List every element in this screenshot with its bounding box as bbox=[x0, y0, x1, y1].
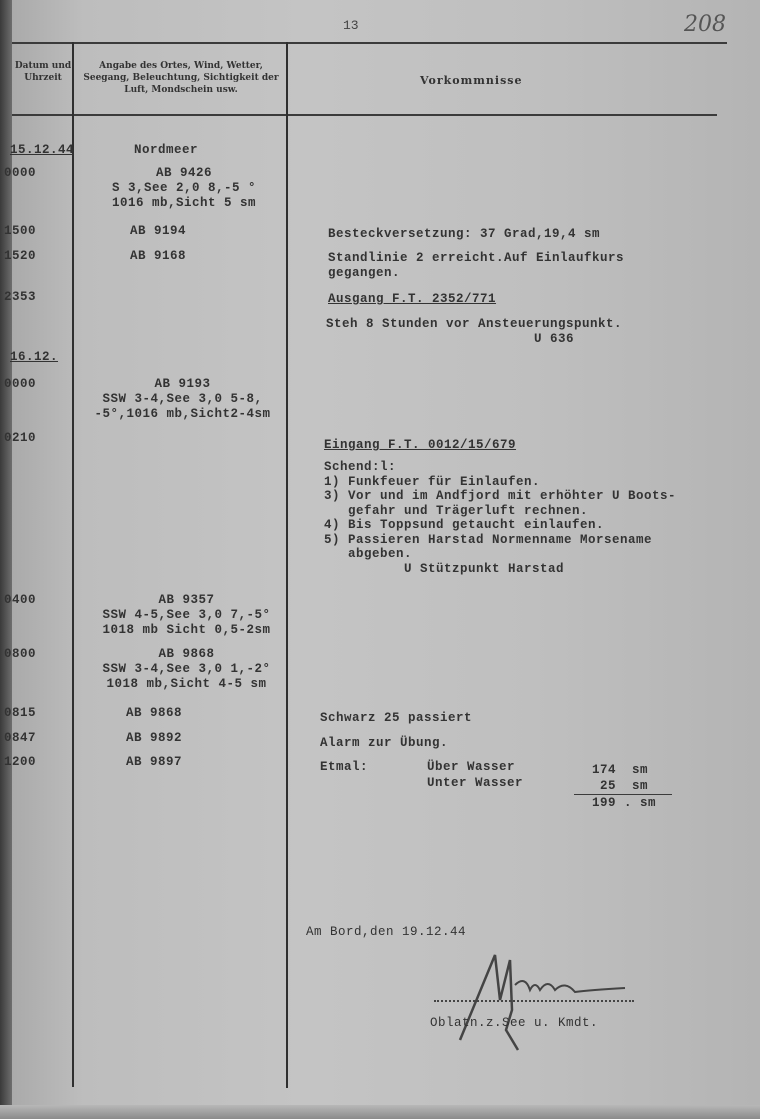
place-cell: AB 9897 bbox=[126, 755, 182, 770]
header-location-weather: Angabe des Ortes, Wind, Wetter, Seegang,… bbox=[78, 60, 284, 96]
column-divider-1 bbox=[72, 42, 74, 1087]
time-cell: 0000 bbox=[4, 377, 36, 392]
header-date-time: Datum und Uhrzeit bbox=[14, 60, 72, 84]
place-cell: Nordmeer bbox=[134, 143, 198, 158]
time-cell: 2353 bbox=[4, 290, 36, 305]
rank-line: Oblatn.z.See u. Kmdt. bbox=[430, 1016, 598, 1031]
place-cell: AB 9892 bbox=[126, 731, 182, 746]
table-top-rule bbox=[12, 42, 727, 44]
time-cell: 0400 bbox=[4, 593, 36, 608]
under-water-label: Unter Wasser bbox=[427, 776, 523, 791]
time-cell: 1200 bbox=[4, 755, 36, 770]
place-cell: AB 9193 SSW 3-4,See 3,0 5-8, -5°,1016 mb… bbox=[80, 377, 285, 422]
remark-cell: Standlinie 2 erreicht.Auf Einlaufkurs ge… bbox=[328, 251, 624, 281]
header-bottom-rule bbox=[12, 114, 717, 116]
remark-cell: Steh 8 Stunden vor Ansteuerungspunkt. U … bbox=[326, 317, 622, 347]
place-cell: AB 9168 bbox=[130, 249, 186, 264]
place-cell: AB 9426 S 3,See 2,0 8,-5 ° 1016 mb,Sicht… bbox=[84, 166, 284, 211]
column-divider-2 bbox=[286, 42, 288, 1088]
time-cell: 0800 bbox=[4, 647, 36, 662]
place-cell: AB 9868 bbox=[126, 706, 182, 721]
date-label: 16.12. bbox=[10, 350, 58, 365]
place-cell: AB 9357 SSW 4-5,See 3,0 7,-5° 1018 mb Si… bbox=[84, 593, 289, 638]
place-cell: AB 9868 SSW 3-4,See 3,0 1,-2° 1018 mb,Si… bbox=[84, 647, 289, 692]
signature-icon bbox=[440, 950, 640, 1060]
outgoing-message-ref: Ausgang F.T. 2352/771 bbox=[328, 292, 496, 307]
time-cell: 1520 bbox=[4, 249, 36, 264]
under-water-value: 25 sm bbox=[592, 779, 648, 794]
time-cell: 0210 bbox=[4, 431, 36, 446]
total-value: 199 . sm bbox=[592, 796, 656, 811]
time-cell: 0000 bbox=[4, 166, 36, 181]
time-cell: 0847 bbox=[4, 731, 36, 746]
signature-dotted-line bbox=[434, 1000, 634, 1002]
sum-rule bbox=[574, 794, 672, 795]
incoming-message-ref: Eingang F.T. 0012/15/679 bbox=[324, 438, 516, 453]
header-remarks: Vorkommnisse bbox=[420, 75, 522, 87]
over-water-label: Über Wasser bbox=[427, 760, 515, 775]
over-water-value: 174 sm bbox=[592, 763, 648, 778]
remark-cell: Besteckversetzung: 37 Grad,19,4 sm bbox=[328, 227, 600, 242]
folio-number: 208 bbox=[684, 12, 726, 37]
date-label: 15.12.44 bbox=[10, 143, 74, 158]
time-cell: 1500 bbox=[4, 224, 36, 239]
incoming-message-body: Schend:l: 1) Funkfeuer für Einlaufen. 3)… bbox=[324, 460, 676, 576]
time-cell: 0815 bbox=[4, 706, 36, 721]
remark-cell: Alarm zur Übung. bbox=[320, 736, 448, 751]
page-bottom-shadow bbox=[0, 1105, 760, 1119]
remark-cell: Schwarz 25 passiert bbox=[320, 711, 472, 726]
place-date-line: Am Bord,den 19.12.44 bbox=[306, 925, 466, 940]
place-cell: AB 9194 bbox=[130, 224, 186, 239]
page-number: 13 bbox=[343, 18, 359, 33]
etmal-label: Etmal: bbox=[320, 760, 368, 775]
